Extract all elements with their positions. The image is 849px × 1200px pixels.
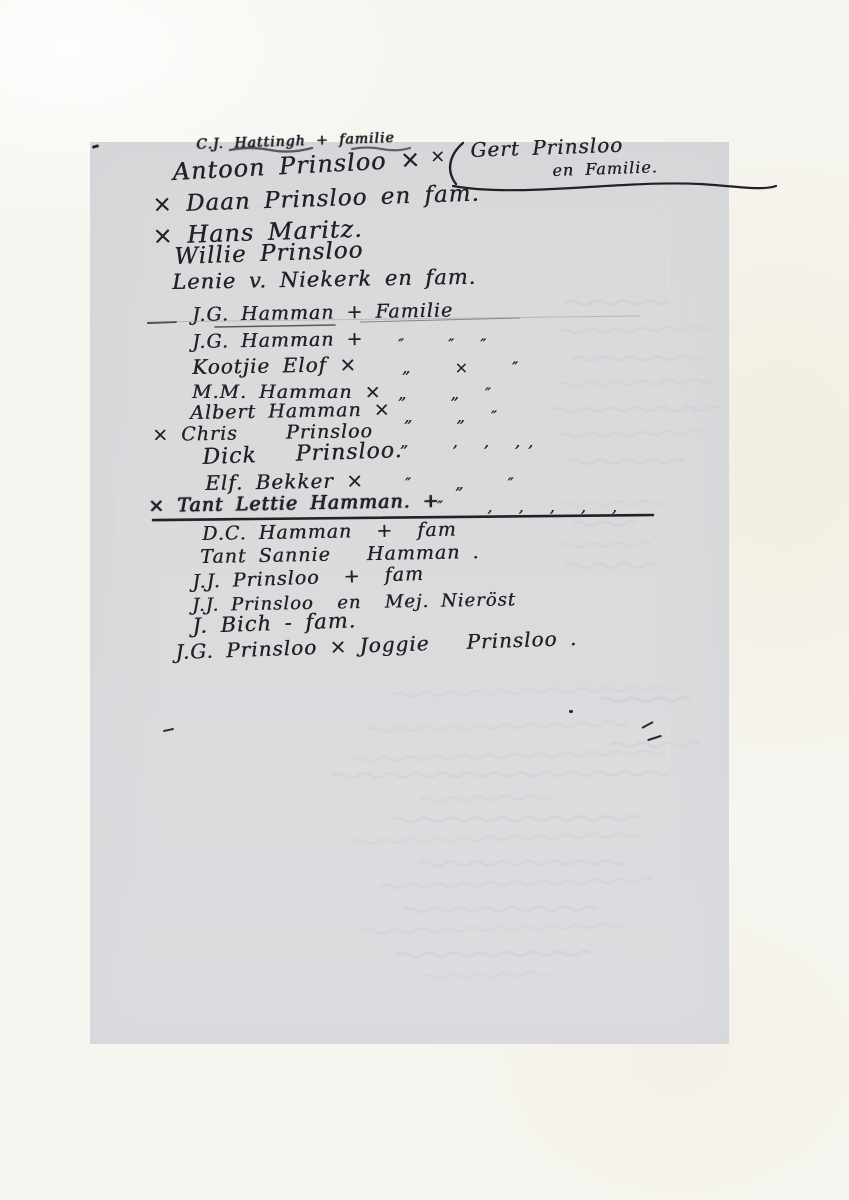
handwritten-entry: × Tant Lettie Hamman. + xyxy=(148,492,440,516)
entry-text: Tant Sannie Hamman . xyxy=(200,541,480,568)
ink-speck xyxy=(569,710,573,713)
handwritten-entry: J.G. Hamman + xyxy=(192,330,364,352)
ditto-marks: „ ‚ ‚ ‚‚ xyxy=(400,434,541,450)
handwritten-entry: Kootjie Elof × xyxy=(192,354,357,377)
handwritten-entry: J.J. Prinsloo + fam xyxy=(192,565,424,592)
ditto-marks: „ „ ″ xyxy=(404,409,505,425)
handwritten-entry: Elf. Bekker × xyxy=(205,470,364,493)
handwritten-entry: J. Bich - fam. xyxy=(192,610,357,637)
handwritten-entry: Dick Prinsloo. xyxy=(202,440,403,469)
ditto-marks: „ × ″ xyxy=(402,360,526,376)
entry-text: Kootjie Elof × xyxy=(192,352,357,379)
scanned-document-photo: { "colors": { "ink": "#222226", "paper":… xyxy=(0,0,849,1200)
ditto-marks: ″ ‚ ‚ ‚ ‚ , xyxy=(437,499,625,515)
handwritten-entry: Willie Prinsloo xyxy=(174,239,364,269)
entry-text: D.C. Hamman + fam xyxy=(202,519,457,545)
entry-text: Lenie v. Niekerk en fam. xyxy=(172,265,476,294)
handwritten-entry: × Daan Prinsloo en fam. xyxy=(152,183,480,217)
entry-text: J.G. Hamman + Familie xyxy=(192,299,453,326)
annotation-cross-icon: × xyxy=(430,148,446,166)
handwritten-entry: Tant Sannie Hamman . xyxy=(200,543,480,567)
annotation-name: Gert Prinsloo xyxy=(470,135,623,160)
handwritten-entry: D.C. Hamman + fam xyxy=(202,521,457,544)
handwritten-entry: J.G. Hamman + Familie xyxy=(192,301,453,325)
scanned-page: C.J. Hattingh + familie Antoon Prinsloo … xyxy=(90,142,729,1044)
ditto-marks: ″ „ ″ xyxy=(405,476,522,492)
ditto-marks: ″ ″ ″ xyxy=(398,337,494,353)
entry-text: × Daan Prinsloo en fam. xyxy=(152,181,480,218)
entry-text: J.G. Hamman + xyxy=(192,328,364,353)
annotation-suffix: en Familie. xyxy=(552,159,658,179)
ditto-marks: „ „ ″ xyxy=(398,386,499,402)
handwritten-entry: Lenie v. Niekerk en fam. xyxy=(172,267,476,293)
entry-text: Willie Prinsloo xyxy=(174,237,364,270)
entry-text: × Tant Lettie Hamman. + xyxy=(148,490,440,517)
